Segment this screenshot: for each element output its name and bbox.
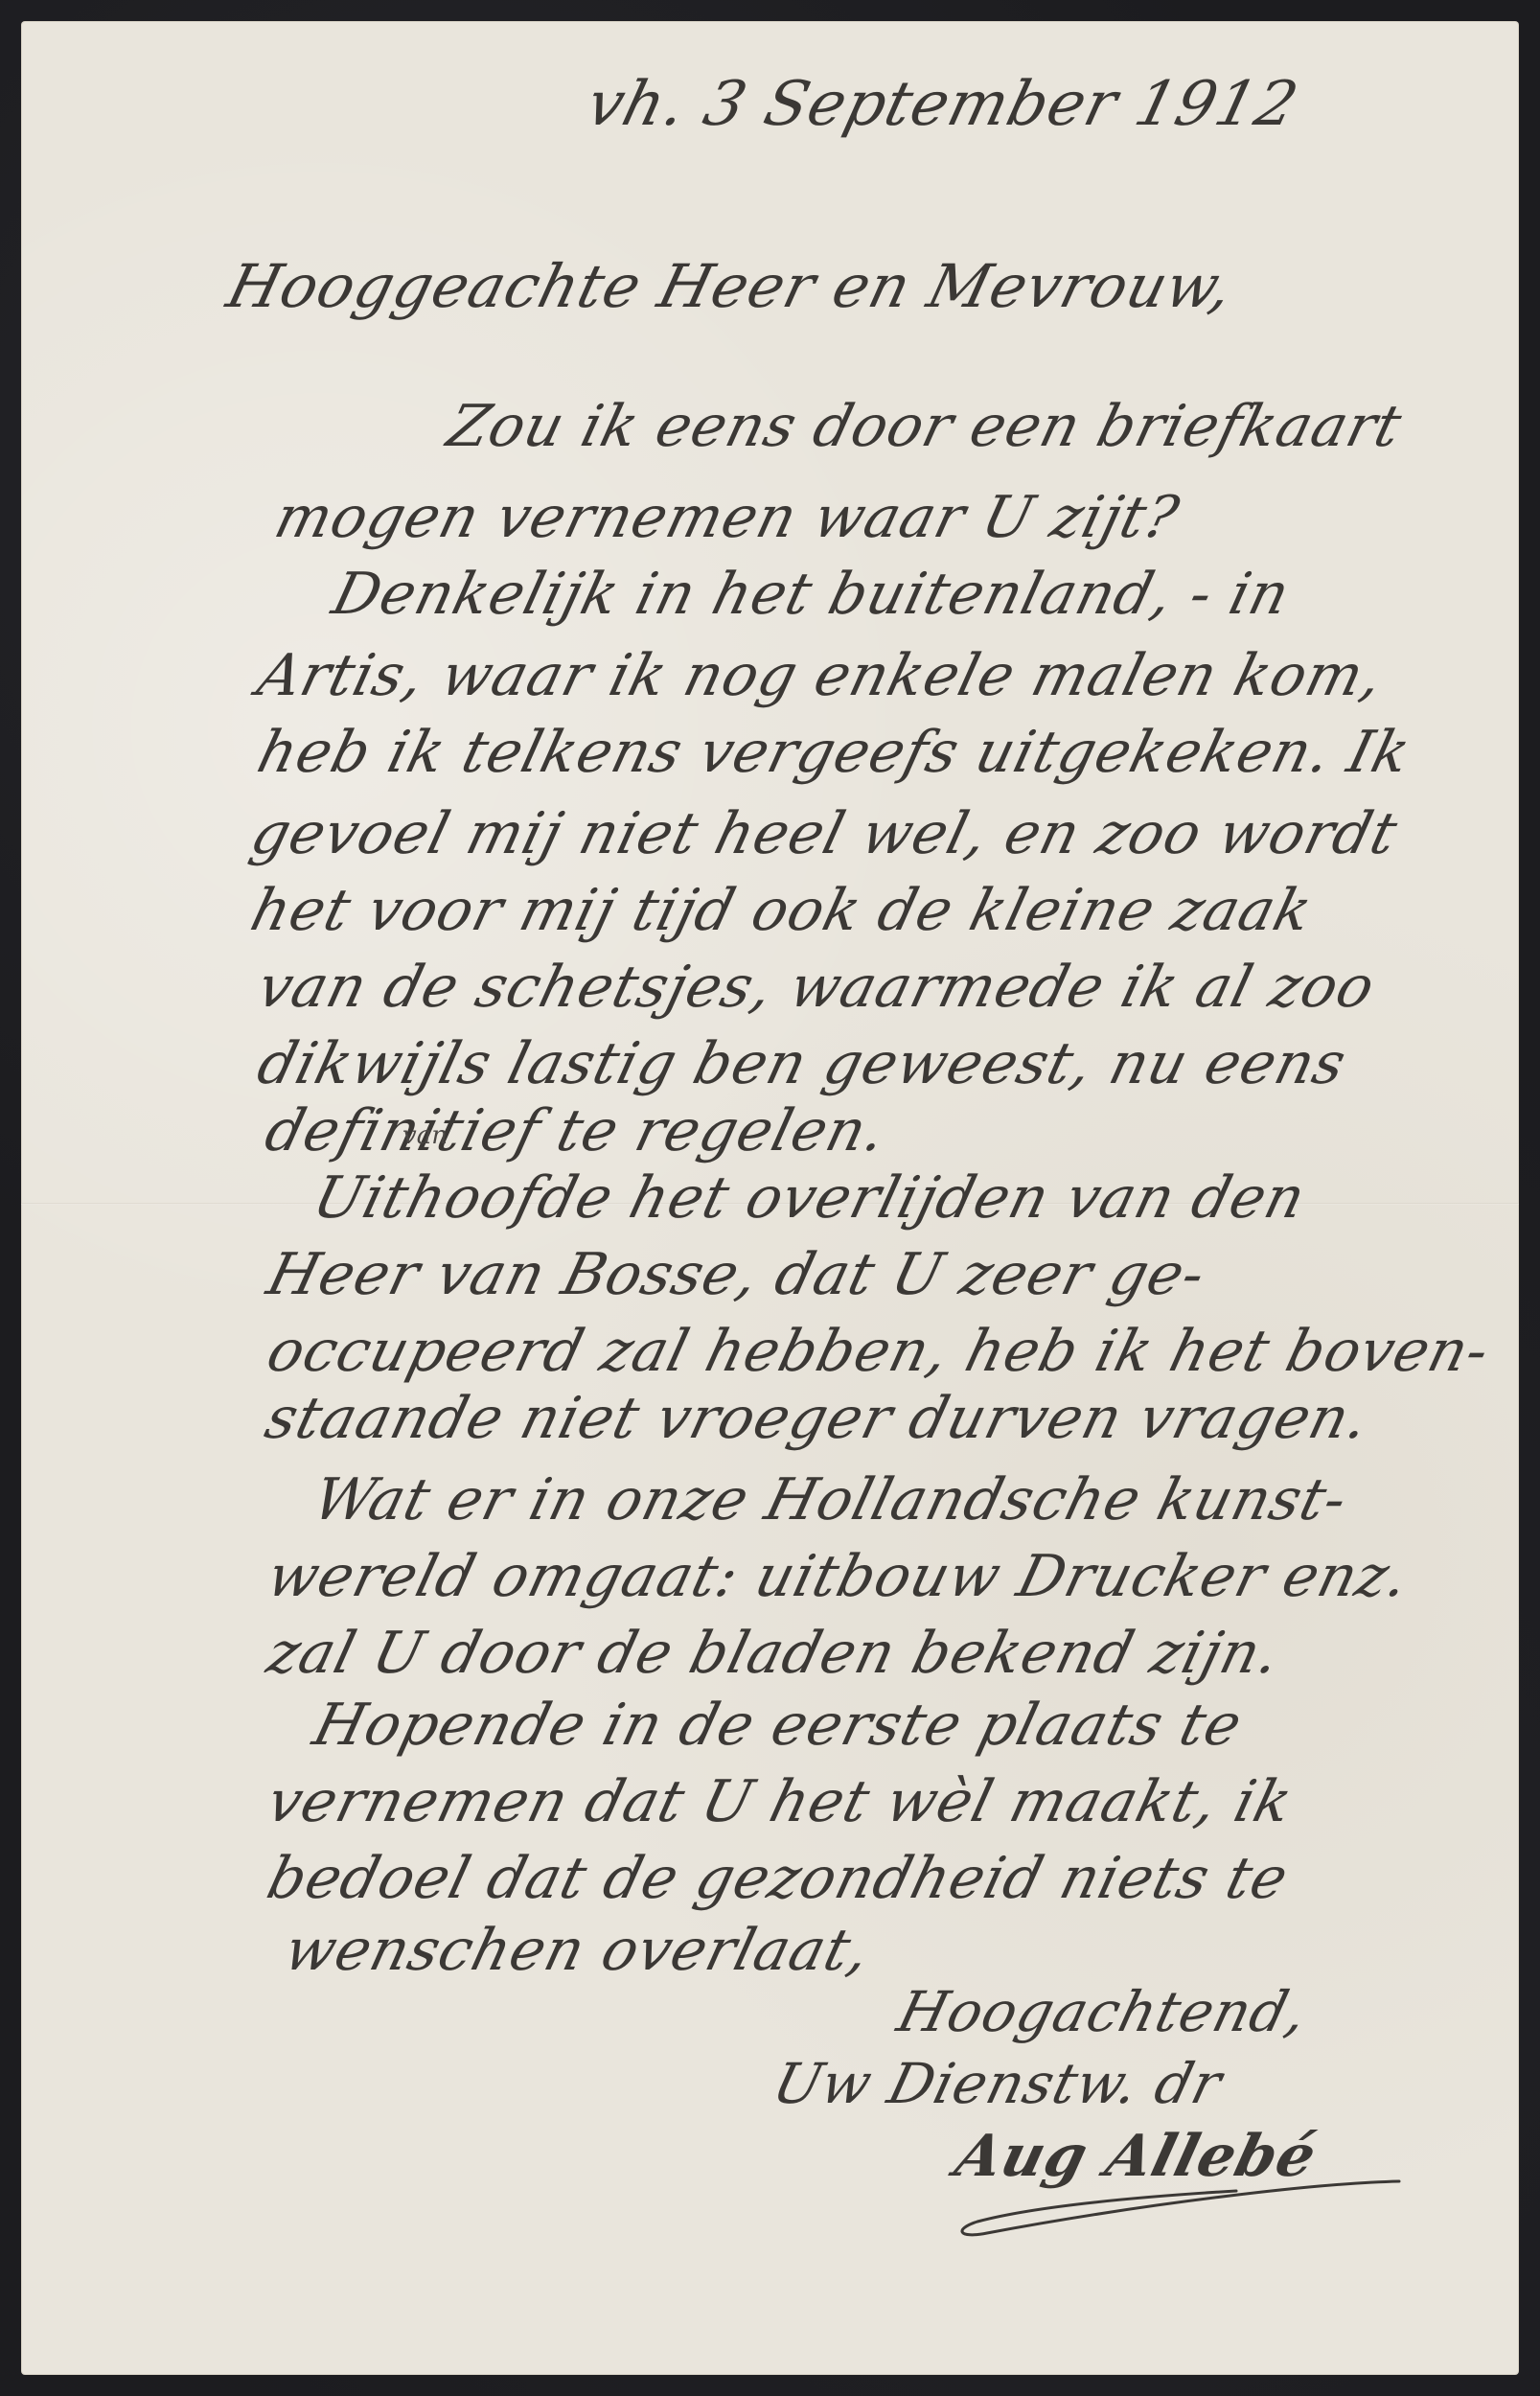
body-line: staande niet vroeger durven vragen.: [259, 1385, 1376, 1452]
closing-line: Hoogachtend,: [891, 1979, 1314, 2044]
body-line: Denkelijk in het buitenland, - in: [326, 561, 1297, 628]
body-line: bedoel dat de gezondheid niets te: [261, 1845, 1295, 1912]
body-line: het voor mij tijd ook de kleine zaak: [244, 877, 1319, 944]
body-line: definitief te regelen.: [259, 1097, 893, 1164]
body-line: dikwijls lastig ben geweest, nu eens: [251, 1030, 1353, 1097]
body-line: zal U door de bladen bekend zijn.: [261, 1620, 1287, 1687]
body-line: Wat er in onze Hollandsche kunst-: [307, 1466, 1354, 1533]
body-line: Zou ik eens door een briefkaart: [441, 393, 1409, 460]
letter-salutation: Hooggeachte Heer en Mevrouw,: [220, 251, 1241, 321]
body-line: van de schetsjes, waarmede ik al zoo: [251, 954, 1382, 1021]
body-line: Uithoofde het overlijden van den: [307, 1164, 1313, 1232]
letter-date: vh. 3 September 1912: [580, 69, 1305, 140]
body-line: heb ik telkens vergeefs uitgekeken. Ik: [251, 719, 1417, 786]
closing-line: Uw Dienstw. dr: [767, 2051, 1229, 2116]
body-line: Artis, waar ik nog enkele malen kom,: [251, 642, 1391, 709]
body-line: wenschen overlaat,: [278, 1917, 877, 1984]
body-line: mogen vernemen waar U zijt?: [268, 484, 1185, 551]
body-line: wereld omgaat: uitbouw Drucker enz.: [261, 1543, 1416, 1610]
inserted-word: van: [402, 1121, 448, 1150]
body-line: gevoel mij niet heel wel, en zoo wordt: [244, 800, 1404, 867]
body-line: Heer van Bosse, dat U zeer ge-: [261, 1241, 1212, 1308]
body-line: occupeerd zal hebben, heb ik het boven-: [261, 1318, 1496, 1385]
body-line: vernemen dat U het wèl maakt, ik: [261, 1768, 1299, 1835]
body-line: Hopende in de eerste plaats te: [307, 1692, 1249, 1759]
signature-flourish: [949, 2176, 1409, 2243]
